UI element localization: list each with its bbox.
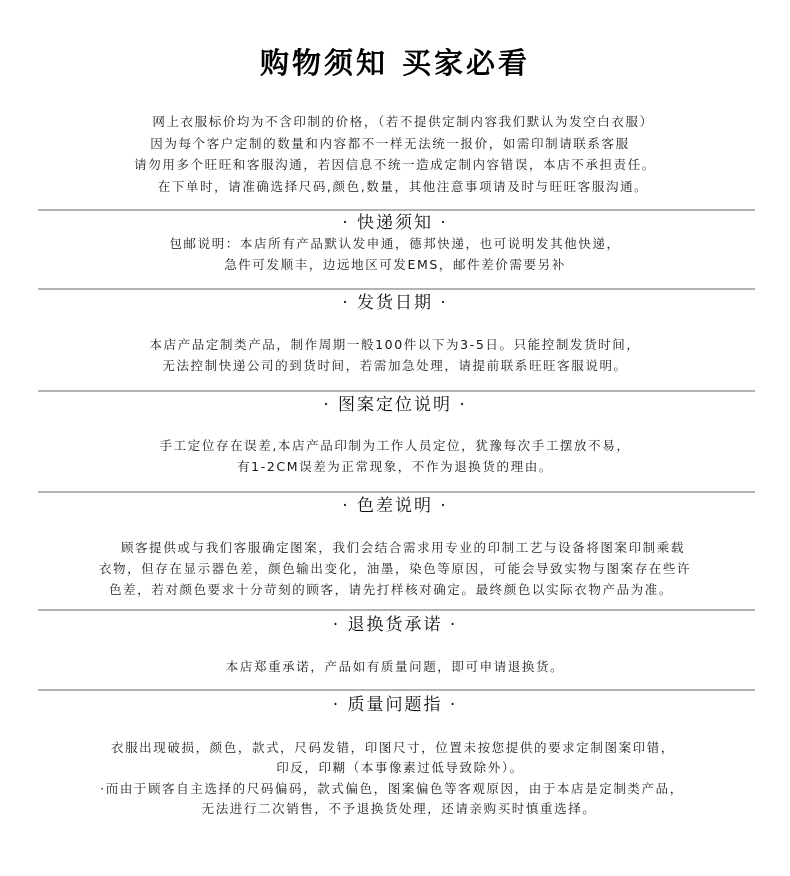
section-divider: [38, 491, 755, 493]
intro-line: 因为每个客户定制的数量和内容都不一样无法统一报价，如需印制请联系客服: [0, 135, 785, 153]
intro-line: 在下单时，请准确选择尺码,颜色,数量，其他注意事项请及时与旺旺客服沟通。: [8, 178, 790, 196]
section-heading: · 退换货承诺 ·: [0, 613, 790, 637]
section-divider: [38, 390, 755, 392]
section-line: 急件可发顺丰，边远地区可发EMS，邮件差价需要另补: [0, 256, 790, 274]
page-title: 购物须知买家必看: [0, 44, 790, 82]
section-line: 手工定位存在误差,本店产品印制为工作人员定位，犹豫每次手工摆放不易，: [0, 437, 790, 455]
section-line: 色差，若对颜色要求十分苛刻的顾客，请先打样核对确定。最终颜色以实际衣物产品为准。: [0, 581, 786, 599]
section-heading: · 质量问题指 ·: [0, 693, 790, 717]
section-line: ·而由于顾客自主选择的尺码偏码，款式偏色，图案偏色等客观原因，由于本店是定制类产…: [0, 780, 787, 798]
page-title-part1: 购物须知: [260, 46, 388, 80]
section-divider: [38, 288, 755, 290]
section-line: 无法控制快递公司的到货时间，若需加急处理，请提前联系旺旺客服说明。: [0, 357, 790, 375]
section-line: 无法进行二次销售，不予退换货处理，还请亲购买时慎重选择。: [4, 800, 790, 818]
section-line: 有1-2CM误差为正常现象，不作为退换货的理由。: [0, 458, 790, 476]
section-divider: [38, 689, 755, 691]
page-title-part2: 买家必看: [402, 46, 530, 80]
section-divider: [38, 609, 755, 611]
section-heading: · 快递须知 ·: [0, 211, 790, 235]
intro-line: 网上衣服标价均为不含印制的价格，（若不提供定制内容我们默认为发空白衣服）: [8, 113, 790, 131]
section-line: 印反，印糊（本事像素过低导致除外）。: [5, 759, 790, 777]
section-line: 衣物，但存在显示器色差，颜色输出变化，油墨，染色等原因，可能会导致实物与图案存在…: [0, 560, 790, 578]
section-line: 包邮说明：本店所有产品默认发申通，德邦快递，也可说明发其他快递，: [0, 235, 790, 253]
intro-line: 请勿用多个旺旺和客服沟通，若因信息不统一造成定制内容错误，本店不承担责任。: [0, 156, 790, 174]
section-heading: · 图案定位说明 ·: [0, 393, 790, 417]
section-line: 衣服出现破损，颜色，款式，尺码发错，印图尺寸，位置未按您提供的要求定制图案印错，: [0, 739, 788, 757]
section-line: 本店郑重承诺，产品如有质量问题，即可申请退换货。: [0, 658, 790, 676]
section-heading: · 发货日期 ·: [0, 291, 790, 315]
section-heading: · 色差说明 ·: [0, 494, 790, 518]
section-line: 本店产品定制类产品，制作周期一般100件以下为3-5日。只能控制发货时间，: [0, 336, 790, 354]
section-line: 顾客提供或与我们客服确定图案，我们会结合需求用专业的印制工艺与设备将图案印制乘载: [8, 539, 790, 557]
